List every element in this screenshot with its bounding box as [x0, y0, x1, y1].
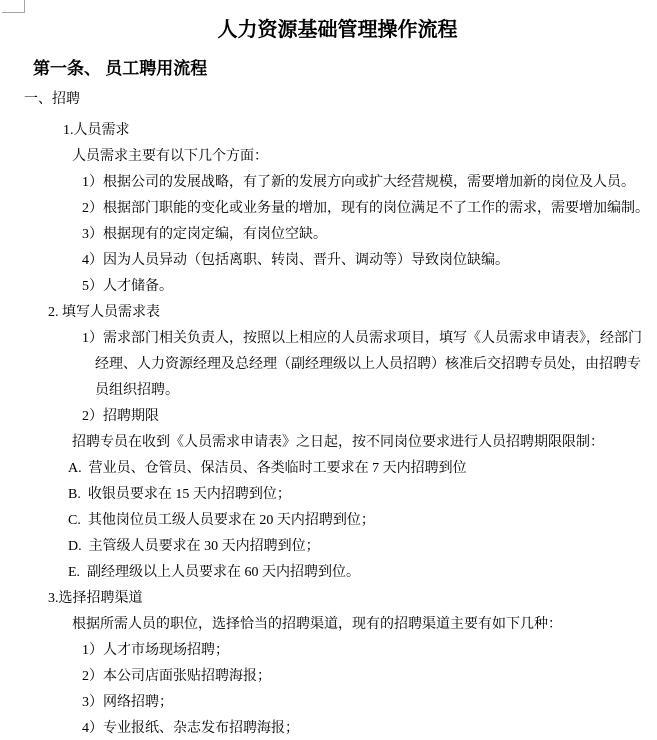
text-line: E. 副经理级以上人员要求在 60 天内招聘到位。	[0, 560, 657, 586]
text-line: 4）因为人员异动（包括离职、转岗、晋升、调动等）导致岗位缺编。	[0, 248, 657, 274]
document-title: 人力资源基础管理操作流程	[24, 18, 651, 42]
text-line: 2. 填写人员需求表	[0, 300, 657, 326]
document-page: 人力资源基础管理操作流程 第一条、 员工聘用流程 一、招聘 1.人员需求 人员需…	[0, 0, 657, 740]
text-line: 1）需求部门相关负责人，按照以上相应的人员需求项目，填写《人员需求申请表》，经部…	[0, 326, 657, 352]
text-line: 4）专业报纸、杂志发布招聘海报；	[0, 716, 657, 740]
text-line: 2）本公司店面张贴招聘海报；	[0, 664, 657, 690]
text-line: 3）网络招聘；	[0, 690, 657, 716]
text-line: 1.人员需求	[0, 118, 657, 144]
text-line: A. 营业员、仓管员、保洁员、各类临时工要求在 7 天内招聘到位	[0, 456, 657, 482]
text-line: D. 主管级人员要求在 30 天内招聘到位；	[0, 534, 657, 560]
text-line: 员组织招聘。	[0, 378, 657, 404]
text-line: 5）人才储备。	[0, 274, 657, 300]
document-body: 1.人员需求 人员需求主要有以下几个方面： 1）根据公司的发展战略，有了新的发展…	[0, 118, 657, 740]
text-line: 1）人才市场现场招聘；	[0, 638, 657, 664]
text-line: 根据所需人员的职位，选择恰当的招聘渠道，现有的招聘渠道主要有如下几种：	[0, 612, 657, 638]
section-heading: 第一条、 员工聘用流程	[33, 57, 657, 80]
text-line: C. 其他岗位员工级人员要求在 20 天内招聘到位；	[0, 508, 657, 534]
text-line: 3.选择招聘渠道	[0, 586, 657, 612]
text-line: 2）根据部门职能的变化或业务量的增加，现有的岗位满足不了工作的需求，需要增加编制…	[0, 196, 657, 222]
text-line: 人员需求主要有以下几个方面：	[0, 144, 657, 170]
text-line: 招聘专员在收到《人员需求申请表》之日起，按不同岗位要求进行人员招聘期限限制：	[0, 430, 657, 456]
text-line: B. 收银员要求在 15 天内招聘到位；	[0, 482, 657, 508]
text-line: 经理、人力资源经理及总经理（副经理级以上人员招聘）核准后交招聘专员处，由招聘专	[0, 352, 657, 378]
text-line: 1）根据公司的发展战略，有了新的发展方向或扩大经营规模，需要增加新的岗位及人员。	[0, 170, 657, 196]
page-margin-corner-mark	[2, 0, 25, 13]
text-line: 3）根据现有的定岗定编，有岗位空缺。	[0, 222, 657, 248]
text-line: 2）招聘期限	[0, 404, 657, 430]
subsection-heading: 一、招聘	[24, 91, 657, 109]
